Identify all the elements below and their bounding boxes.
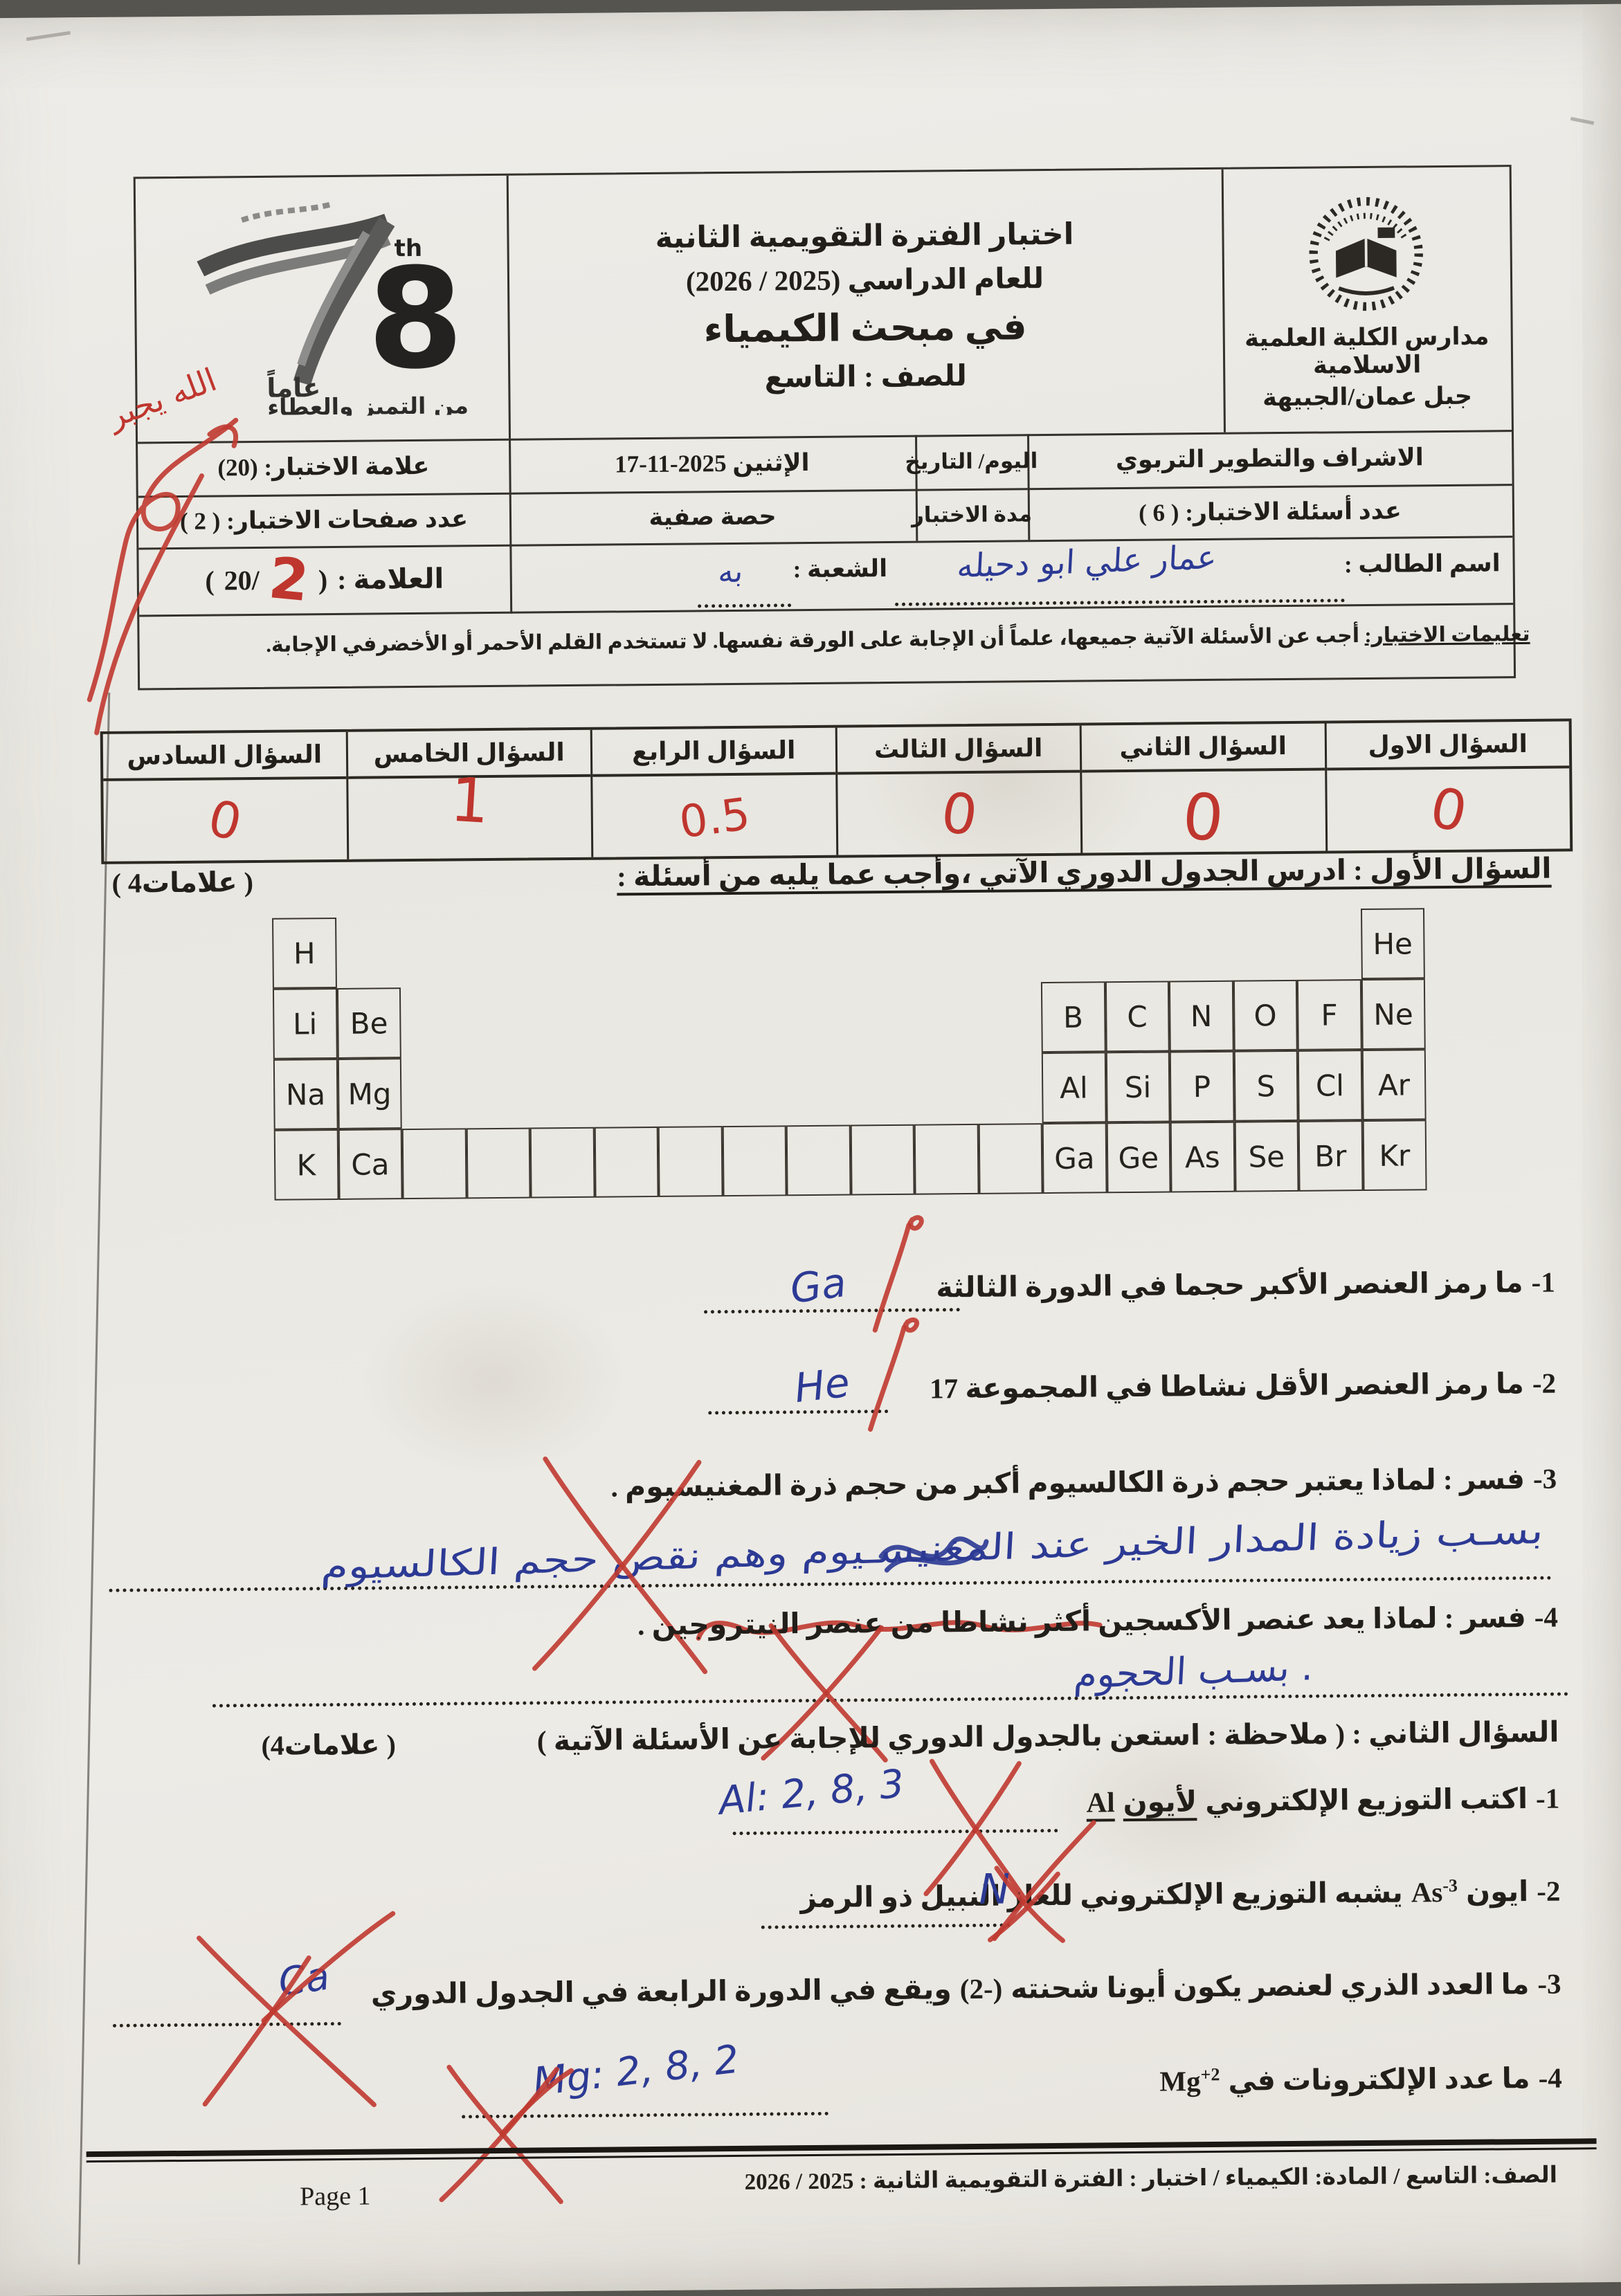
logo-78-number: 8 [366, 238, 464, 400]
element-Ge: Ge [1106, 1122, 1170, 1193]
section2-header: السؤال الثاني : ( ملاحظة : استعن بالجدول… [537, 1715, 1559, 1758]
exam-title-line4: للصف : التاسع [764, 358, 967, 394]
element-cell-empty [466, 1128, 530, 1199]
q2-4-text-pre: ما عدد الإلكترونات في [1228, 2061, 1530, 2097]
exam-title-line2: للعام الدراسي (2025 / 2026) [686, 262, 1044, 298]
instructions-label: تعليمات الاختبار: [1364, 623, 1530, 647]
score-column-3: السؤال الثالث0 [835, 726, 1080, 855]
exam-title-line1: اختبار الفترة التقويمية الثانية [655, 217, 1074, 255]
element-H: H [272, 918, 336, 989]
q2-3-text-pre: ما العدد الذري لعنصر يكون أيونا شحنته [1011, 1967, 1530, 2005]
score-column-1: السؤال الاول0 [1324, 721, 1570, 850]
page-content: 8 th عاماً من التميز والعطاء اختبار الفت… [0, 0, 1621, 2259]
score-column-2: السؤال الثاني0 [1080, 724, 1325, 853]
q2-3-charge: (2-) [960, 1972, 1003, 2006]
q2-2-text-pre: ايون [1466, 1875, 1529, 1908]
school-emblem-icon [1300, 188, 1433, 320]
q1-1-number: 1- [1531, 1266, 1555, 1299]
q1-3-text: فسر : لماذا يعتبر حجم ذرة الكالسيوم أكبر… [610, 1462, 1525, 1504]
question-1-2: 2- ما رمز العنصر الأقل نشاطا في المجموعة… [930, 1367, 1556, 1405]
element-Be: Be [336, 987, 401, 1059]
q1-2-answer-handwritten: He [792, 1359, 851, 1412]
q2-4-formula: Mg+2 [1159, 2064, 1220, 2098]
q2-2-red-x-mark [952, 1816, 1099, 1945]
q2-1-formula: Al [1086, 1785, 1114, 1819]
element-cell-empty [978, 1123, 1042, 1194]
q1-1-text: ما رمز العنصر الأكبر حجما في الدورة الثا… [936, 1266, 1523, 1304]
q2-1-answer-handwritten: Al: 2, 8, 3 [717, 1761, 907, 1823]
q1-4-number: 4- [1534, 1601, 1559, 1634]
element-F: F [1297, 979, 1361, 1050]
element-C: C [1105, 981, 1169, 1052]
q1-1-answer-handwritten: Ga [788, 1259, 849, 1313]
svg-text:من التميز والعطاء: من التميز والعطاء [267, 392, 469, 417]
grade-close-paren: ) [318, 563, 328, 596]
score-table: السؤال الاول0السؤال الثاني0السؤال الثالث… [100, 718, 1573, 864]
question-2-3: 3- ما العدد الذري لعنصر يكون أيونا شحنته… [371, 1967, 1561, 2011]
q2-4-red-x-mark [428, 2059, 575, 2209]
element-Al: Al [1042, 1052, 1106, 1123]
element-Li: Li [273, 988, 337, 1059]
element-cell-empty [594, 1127, 658, 1198]
element-K: K [274, 1129, 338, 1201]
element-P: P [1170, 1051, 1234, 1122]
school-name: مدارس الكلية العلمية الاسلامية [1223, 322, 1512, 381]
element-S: S [1233, 1050, 1298, 1122]
student-name-label: اسم الطالب : [1344, 549, 1501, 578]
supervision-cell: الاشراف والتطوير التربوي [1027, 430, 1512, 488]
element-Ne: Ne [1361, 978, 1425, 1050]
question-1-1: 1- ما رمز العنصر الأكبر حجما في الدورة ا… [936, 1266, 1555, 1304]
element-N: N [1169, 981, 1233, 1052]
score-column-6: السؤال السادس0 [103, 732, 347, 862]
element-cell-empty [786, 1125, 851, 1196]
section-value-handwritten: به [717, 554, 744, 590]
grade-value-handwritten: 2 [266, 545, 311, 614]
element-cell-empty [658, 1126, 723, 1197]
school-identity: مدارس الكلية العلمية الاسلامية جبل عمان/… [1222, 167, 1512, 432]
q2-1-text: اكتب التوزيع الإلكتروني [1205, 1782, 1528, 1818]
element-cell-empty [722, 1125, 786, 1196]
footer-info: الصف: التاسع / المادة: الكيمياء / اختبار… [745, 2161, 1558, 2196]
element-Cl: Cl [1298, 1050, 1362, 1121]
section1-marks: ( 4علامات ) [111, 866, 253, 900]
pencil-mark [1570, 117, 1594, 125]
q2-1-emphasis: لأيون Al [1086, 1785, 1197, 1819]
q2-3-text-post: ويقع في الدورة الرابعة في الجدول الدوري [371, 1972, 952, 2010]
element-Mg: Mg [337, 1058, 401, 1129]
element-Ga: Ga [1042, 1122, 1107, 1194]
header-table: 8 th عاماً من التميز والعطاء اختبار الفت… [134, 165, 1516, 690]
q1-4-answer-handwritten: بسـب الحجوم . [1073, 1645, 1314, 1697]
student-blue-scribble [874, 1514, 993, 1591]
q2-1-number: 1- [1536, 1782, 1560, 1815]
element-cell-empty [914, 1124, 979, 1195]
day-date-value: الإثنين 2025-11-17 [509, 435, 916, 493]
element-Ar: Ar [1361, 1049, 1426, 1120]
score-value-handwritten: 0 [833, 756, 1085, 872]
score-column-5: السؤال الخامس1 [345, 730, 591, 859]
photocopy-edge-line [78, 693, 111, 2259]
svg-text:th: th [394, 235, 422, 262]
q1-2-text: ما رمز العنصر الأقل نشاطا في المجموعة 17 [930, 1367, 1524, 1405]
grade-label: العلامة : [337, 563, 444, 596]
q2-2-formula: As-3 [1411, 1875, 1458, 1909]
questions-count-cell: عدد أسئلة الاختبار: ( 6 ) [1028, 484, 1513, 540]
element-Se: Se [1234, 1121, 1298, 1192]
q1-3-number: 3- [1533, 1462, 1557, 1495]
q2-2-text-post: يشبه التوزيع الإلكتروني للغاز النبيل ذو … [800, 1876, 1403, 1915]
pencil-mark [26, 31, 71, 41]
element-cell-empty [530, 1127, 595, 1199]
page-number: Page 1 [300, 2181, 371, 2212]
q2-3-red-x-mark [172, 1905, 402, 2115]
element-As: As [1170, 1122, 1235, 1193]
q1-2-red-slash-mark [860, 1314, 930, 1436]
question-2-2: 2- ايون As-3 يشبه التوزيع الإلكتروني للغ… [800, 1875, 1560, 1915]
question-2-1: 1- اكتب التوزيع الإلكتروني لأيون Al [1086, 1782, 1559, 1819]
question-2-4: 4- ما عدد الإلكترونات في Mg+2 [1159, 2061, 1562, 2098]
element-cell-empty [850, 1124, 914, 1196]
score-column-4: السؤال الرابع0.5 [590, 728, 836, 857]
q2-3-number: 3- [1537, 1967, 1561, 2001]
element-Na: Na [273, 1059, 338, 1130]
element-Ca: Ca [338, 1129, 402, 1200]
q2-4-number: 4- [1538, 2061, 1562, 2095]
q1-2-number: 2- [1532, 1367, 1557, 1400]
periodic-table: HHeLiBeBCNOFNeNaMgAlSiPSClArKCaGaGeAsSeB… [272, 908, 1427, 1201]
school-branch: جبل عمان/الجبيهة [1262, 383, 1472, 412]
element-cell-empty [402, 1128, 467, 1199]
score-value-handwritten: 1 [346, 753, 593, 848]
element-He: He [1360, 908, 1424, 979]
element-O: O [1233, 980, 1297, 1051]
element-Si: Si [1105, 1051, 1170, 1122]
q2-2-number: 2- [1537, 1875, 1561, 1908]
day-date-label: اليوم/ التاريخ [915, 434, 1028, 489]
scanned-exam-page: { "header": { "logo78": {"number": "8", … [0, 0, 1621, 2259]
element-Br: Br [1298, 1120, 1363, 1192]
score-column-label: السؤال الثاني [1082, 724, 1325, 773]
duration-label: مدة الاختبار [916, 488, 1029, 540]
exam-titles: اختبار الفترة التقويمية الثانية للعام ال… [507, 174, 1224, 439]
element-Kr: Kr [1362, 1120, 1427, 1191]
section-label: الشعبة : [793, 555, 888, 583]
duration-value: حصة صفية [509, 489, 916, 545]
teacher-signature-scribble [28, 406, 260, 754]
paper-sheet: 8 th عاماً من التميز والعطاء اختبار الفت… [0, 4, 1621, 2259]
exam-title-line3: في مبحث الكيمياء [703, 304, 1026, 351]
section2-marks: (4علامات ) [261, 1728, 396, 1762]
question-1-3: 3- فسر : لماذا يعتبر حجم ذرة الكالسيوم أ… [610, 1462, 1557, 1504]
element-B: B [1041, 981, 1105, 1053]
